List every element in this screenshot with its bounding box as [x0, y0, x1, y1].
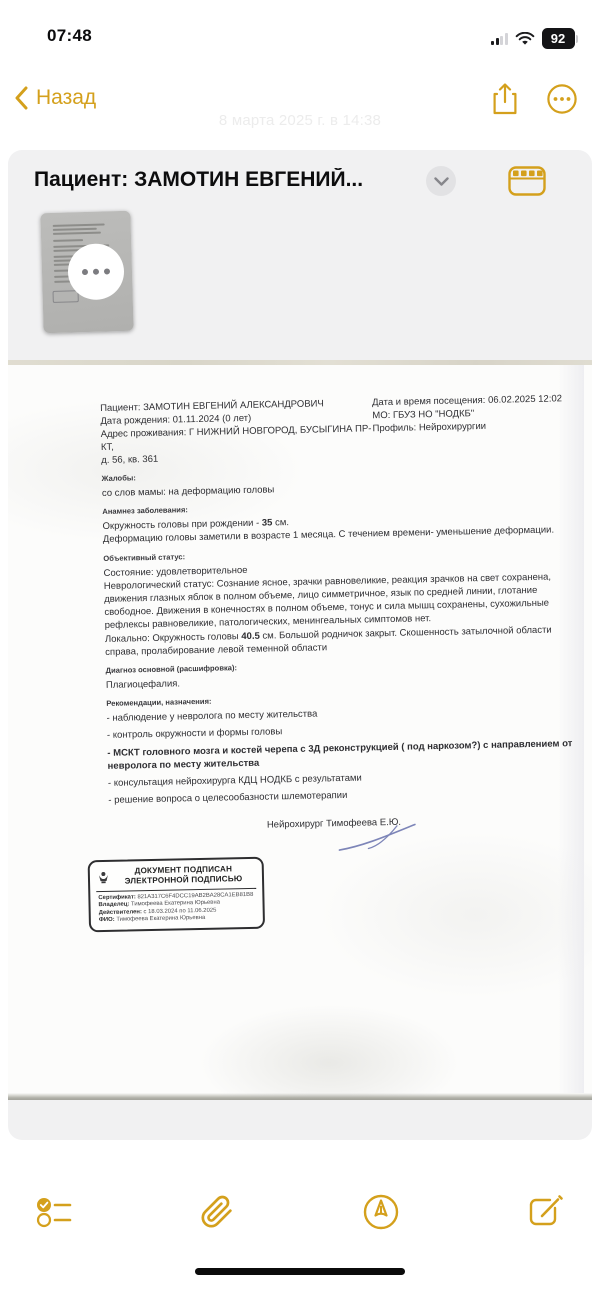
document-text: Пациент: ЗАМОТИН ЕВГЕНИЙ АЛЕКСАНДРОВИЧ Д… [100, 392, 577, 932]
markup-button[interactable] [362, 1193, 400, 1231]
wifi-icon [515, 32, 535, 46]
collapse-button[interactable] [426, 166, 456, 196]
profile: Профиль: Нейрохирургии [372, 418, 566, 435]
paper-bottom-shadow [8, 1093, 592, 1100]
home-indicator[interactable] [195, 1268, 405, 1275]
filmstrip-icon [508, 166, 546, 196]
markup-pen-icon [362, 1193, 400, 1231]
attachment-header: Пациент: ЗАМОТИН ЕВГЕНИЙ... [8, 150, 592, 210]
patient-info-block: Пациент: ЗАМОТИН ЕВГЕНИЙ АЛЕКСАНДРОВИЧ Д… [100, 392, 567, 467]
paperclip-icon [200, 1194, 234, 1230]
back-button[interactable]: Назад [14, 86, 96, 110]
attachment-title: Пациент: ЗАМОТИН ЕВГЕНИЙ... [34, 168, 363, 192]
battery-icon: 92 [542, 28, 579, 49]
checklist-icon [36, 1196, 72, 1228]
status-bar: 07:48 92 [0, 0, 600, 54]
attachment-button[interactable] [200, 1194, 234, 1230]
handwritten-signature [335, 822, 420, 856]
filmstrip-view-button[interactable] [508, 166, 546, 201]
chevron-down-icon [434, 177, 449, 186]
page-thumbnail[interactable] [40, 211, 133, 333]
compose-icon [528, 1194, 564, 1230]
checklist-button[interactable] [36, 1196, 72, 1228]
scanned-page[interactable]: Пациент: ЗАМОТИН ЕВГЕНИЙ АЛЕКСАНДРОВИЧ Д… [8, 360, 592, 1100]
stamp-title-2: ЭЛЕКТРОННОЙ ПОДПИСЬЮ [113, 874, 254, 887]
thumbnail-stamp [53, 290, 79, 303]
paper-top-edge [8, 360, 592, 365]
back-label: Назад [36, 86, 96, 110]
emblem-icon [98, 870, 109, 883]
bottom-toolbar [0, 1187, 600, 1237]
doctor-signature-line: Нейрохирург Тимофеева Е.Ю. [267, 814, 575, 831]
clock: 07:48 [47, 26, 92, 46]
note-date: 8 марта 2025 г. в 14:38 [0, 112, 600, 129]
recommendation-item: - МСКТ головного мозга и костей черепа с… [107, 737, 573, 773]
ellipsis-circle-icon[interactable] [546, 83, 578, 115]
cellular-signal-icon [491, 33, 508, 45]
scanned-document-card: Пациент: ЗАМОТИН ЕВГЕНИЙ... [8, 150, 592, 1140]
digital-signature-stamp: ДОКУМЕНТ ПОДПИСАН ЭЛЕКТРОННОЙ ПОДПИСЬЮ С… [88, 857, 265, 932]
chevron-left-icon [14, 86, 28, 110]
compose-button[interactable] [528, 1194, 564, 1230]
share-icon[interactable] [492, 82, 518, 116]
battery-percent: 92 [551, 31, 565, 46]
neuro-status: Неврологический статус: Сознание ясное, … [104, 570, 571, 633]
